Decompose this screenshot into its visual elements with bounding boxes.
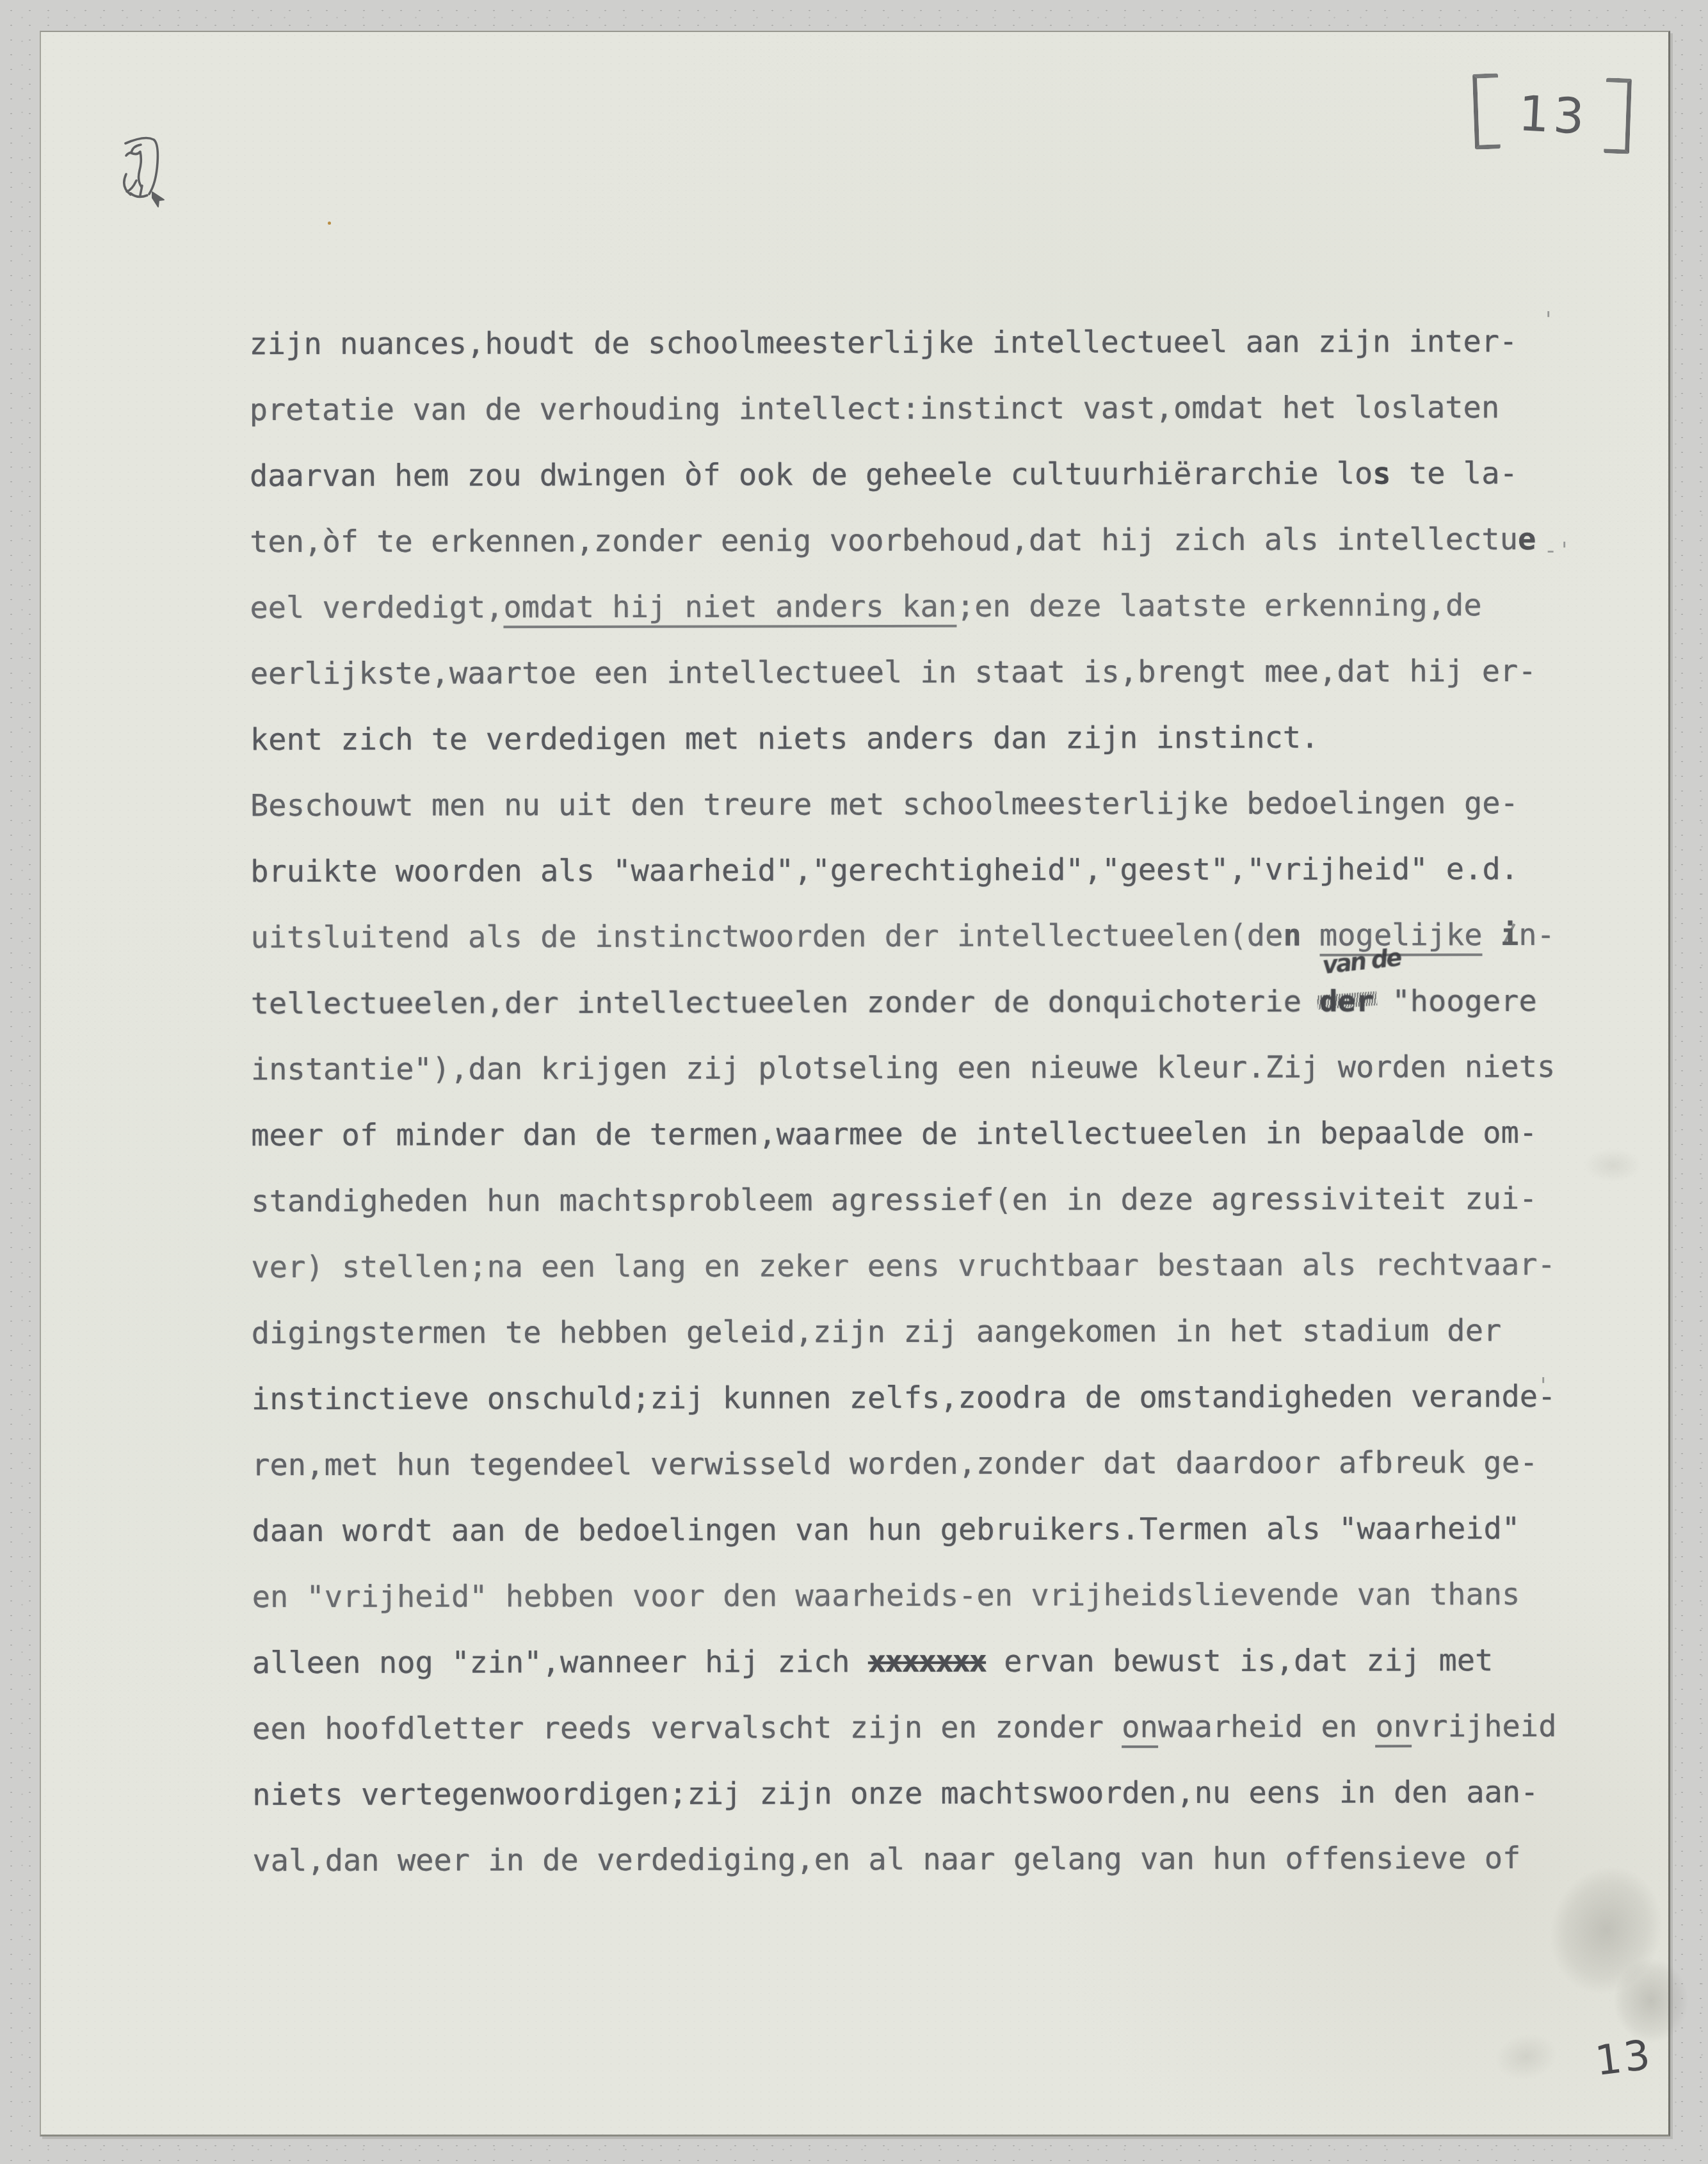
- text-line: standigheden hun machtsprobleem agressie…: [251, 1166, 1570, 1234]
- stain: [1574, 1143, 1651, 1188]
- text-segment: daan wordt aan de bedoelingen van hun ge…: [252, 1511, 1520, 1549]
- pencil-tick: ': [1545, 307, 1551, 333]
- text-segment: on: [1122, 1709, 1158, 1748]
- text-segment: tellectueelen,der intellectueelen zonder…: [251, 984, 1320, 1021]
- text-line: kent zich te verdedigen met niets anders…: [250, 704, 1569, 773]
- stain: [1479, 2019, 1574, 2095]
- pencil-tick: ': [1540, 1373, 1546, 1399]
- text-segment: e: [1518, 522, 1536, 557]
- text-segment: n-: [1519, 917, 1555, 953]
- text-block: zijn nuances,houdt de schoolmeesterlijke…: [249, 309, 1571, 1894]
- text-line: daan wordt aan de bedoelingen van hun ge…: [252, 1496, 1570, 1564]
- text-segment: xxxxxxx: [868, 1644, 986, 1679]
- text-line: zijn nuances,houdt de schoolmeesterlijke…: [249, 309, 1568, 377]
- paper: 13 zijn nuances,houdt de schoolmeesterli…: [40, 31, 1670, 2136]
- text-line: bruikte woorden als "waarheid","gerechti…: [250, 836, 1569, 905]
- text-segment: eel verdedigt,: [250, 590, 503, 626]
- text-line: tellectueelen,der intellectueelen zonder…: [251, 968, 1570, 1037]
- bird-stamp-icon: [117, 133, 175, 214]
- struck-word: dervan de: [1319, 968, 1374, 1034]
- text-line: meer of minder dan de termen,waarmee de …: [251, 1100, 1570, 1168]
- text-line: Beschouwt men nu uit den treure met scho…: [250, 770, 1569, 839]
- text-line: een hoofdletter reeds vervalscht zijn en…: [252, 1693, 1571, 1762]
- text-line: en "vrijheid" hebben voor den waarheids-…: [252, 1562, 1571, 1630]
- text-segment: waarheid en: [1158, 1709, 1376, 1745]
- page-number-bottom: 13: [1593, 2031, 1656, 2085]
- text-segment: omdat hij niet anders kan: [503, 589, 956, 628]
- text-segment: n: [1283, 918, 1301, 953]
- text-line: eerlijkste,waartoe een intellectueel in …: [250, 638, 1568, 707]
- pencil-tick: - ': [1547, 538, 1567, 563]
- text-line: ver) stellen;na een lang en zeker eens v…: [251, 1232, 1570, 1300]
- text-segment: uitsluitend als de instinctwoorden der i…: [250, 918, 1283, 955]
- handwritten-insertion: van de: [1319, 925, 1403, 998]
- text-segment: daarvan hem zou dwingen òf ook de geheel…: [250, 456, 1373, 494]
- text-segment: kent zich te verdedigen met niets anders…: [250, 720, 1319, 757]
- text-line: pretatie van de verhouding intellect:ins…: [250, 375, 1568, 443]
- page-number-top-value: 13: [1517, 85, 1590, 145]
- text-segment: bruikte woorden als "waarheid","gerechti…: [250, 852, 1519, 889]
- scan-background: { "document": { "kind": "typewritten-man…: [0, 0, 1708, 2164]
- text-line: alleen nog "zin",wanneer hij zich xxxxxx…: [252, 1627, 1571, 1696]
- page-number-top: 13: [1474, 69, 1631, 154]
- text-line: eel verdedigt,omdat hij niet anders kan;…: [250, 572, 1568, 641]
- text-segment: [1301, 918, 1319, 953]
- text-segment: ;en deze laatste erkenning,de: [956, 588, 1482, 624]
- text-segment: vrijheid: [1412, 1709, 1556, 1744]
- text-line: instantie"),dan krijgen zij plotseling e…: [251, 1034, 1570, 1102]
- right-bracket: [1604, 77, 1632, 154]
- text-segment: pretatie van de verhouding intellect:ins…: [250, 390, 1500, 428]
- text-line: daarvan hem zou dwingen òf ook de geheel…: [250, 440, 1568, 509]
- text-segment: een hoofdletter reeds vervalscht zijn en…: [252, 1709, 1122, 1747]
- text-line: ten,òf te erkennen,zonder eenig voorbeho…: [250, 506, 1568, 575]
- text-segment: ren,met hun tegendeel verwisseld worden,…: [252, 1445, 1538, 1483]
- text-segment: s: [1373, 456, 1390, 491]
- text-segment: instinctieve onschuld;zij kunnen zelfs,z…: [252, 1379, 1556, 1417]
- text-line: digingstermen te hebben geleid,zijn zij …: [252, 1298, 1570, 1366]
- ink-speck: [328, 222, 331, 225]
- text-segment: on: [1375, 1709, 1412, 1747]
- text-segment: ver) stellen;na een lang en zeker eens v…: [251, 1247, 1555, 1285]
- text-segment: ten,òf te erkennen,zonder eenig voorbeho…: [250, 522, 1518, 560]
- text-segment: Beschouwt men nu uit den treure met scho…: [250, 786, 1519, 823]
- text-segment: i: [1501, 917, 1519, 953]
- text-segment: eerlijkste,waartoe een intellectueel in …: [250, 654, 1536, 691]
- text-segment: standigheden hun machtsprobleem agressie…: [251, 1181, 1537, 1219]
- text-segment: meer of minder dan de termen,waarmee de …: [251, 1115, 1537, 1153]
- text-line: ren,met hun tegendeel verwisseld worden,…: [252, 1430, 1570, 1498]
- text-segment: instantie"),dan krijgen zij plotseling e…: [251, 1049, 1555, 1087]
- text-segment: [1483, 917, 1501, 953]
- text-segment: en "vrijheid" hebben voor den waarheids-…: [252, 1577, 1520, 1615]
- text-segment: digingstermen te hebben geleid,zijn zij …: [252, 1313, 1502, 1351]
- text-segment: niets vertegenwoordigen;zij zijn onze ma…: [252, 1775, 1538, 1813]
- text-line: instinctieve onschuld;zij kunnen zelfs,z…: [252, 1364, 1570, 1432]
- text-segment: te la-: [1391, 456, 1518, 491]
- text-segment: zijn nuances,houdt de schoolmeesterlijke…: [249, 324, 1517, 362]
- text-segment: alleen nog "zin",wanneer hij zich: [252, 1644, 868, 1681]
- text-line: niets vertegenwoordigen;zij zijn onze ma…: [252, 1759, 1571, 1828]
- text-line: val,dan weer in de verdediging,en al naa…: [252, 1825, 1571, 1894]
- left-bracket: [1472, 73, 1501, 149]
- text-segment: val,dan weer in de verdediging,en al naa…: [252, 1841, 1520, 1878]
- text-segment: ervan bewust is,dat zij met: [986, 1643, 1493, 1679]
